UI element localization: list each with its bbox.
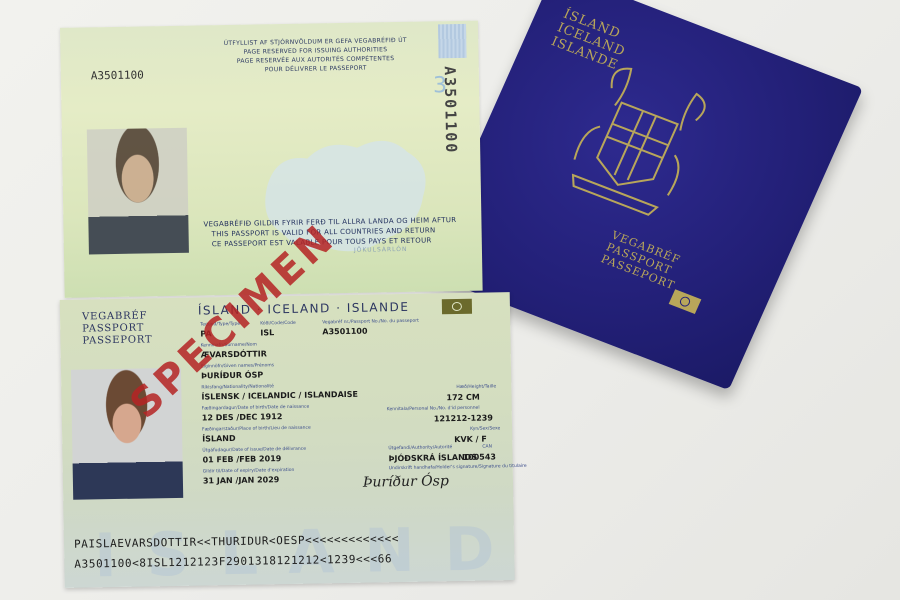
passport-no-value: A3501100 bbox=[322, 327, 367, 337]
issue-date-value: 01 FEB /FEB 2019 bbox=[202, 454, 281, 464]
issue-date-label: Útgáfudagur/Date of issue/Date de délivr… bbox=[202, 447, 306, 454]
dob-label: Fæðingardagur/Date of birth/Date de nais… bbox=[202, 405, 310, 412]
title-fr: PASSEPORT bbox=[82, 334, 152, 347]
nationality-label: Ríkisfang/Nationality/Nationalité bbox=[201, 384, 274, 390]
holder-signature: Þuríður Ósp bbox=[363, 473, 449, 490]
ghost-portrait bbox=[87, 128, 189, 255]
holographic-strip bbox=[438, 24, 467, 58]
can-value: 100543 bbox=[462, 452, 496, 462]
personal-no-value: 121212-1239 bbox=[434, 413, 493, 423]
passport-booklet: A3501100 ÚTFYLLIST AF STJÓRNVÖLDUM ER GE… bbox=[55, 20, 515, 588]
can-label: CAN bbox=[482, 444, 492, 449]
passport-no-label: Vegabréf nr./Passport No./No. du passepo… bbox=[322, 319, 419, 326]
dob-value: 12 DES /DEC 1912 bbox=[202, 412, 283, 422]
sex-label: Kyn/Sex/Sexe bbox=[470, 426, 500, 432]
reserved-text: ÚTFYLLIST AF STJÓRNVÖLDUM ER GEFA VEGABR… bbox=[200, 35, 431, 75]
biometric-chip-icon bbox=[669, 289, 702, 314]
pob-value: ÍSLAND bbox=[202, 434, 236, 444]
cover-title-text: VEGABRÉF PASSPORT PASSEPORT bbox=[599, 229, 688, 293]
biometric-chip-icon bbox=[442, 299, 472, 315]
map-label: JÖKULSÁRLÓN bbox=[354, 246, 408, 254]
coat-of-arms-icon bbox=[548, 54, 726, 229]
code-value: ISL bbox=[260, 328, 274, 337]
pob-label: Fæðingarstaður/Place of birth/Lieu de na… bbox=[202, 426, 311, 433]
data-page: VEGABRÉF PASSPORT PASSEPORT ÍSLAND · ICE… bbox=[60, 292, 515, 588]
document-number: A3501100 bbox=[91, 68, 144, 82]
sex-value: KVK / F bbox=[454, 435, 487, 445]
expiry-date-value: 31 JAN /JAN 2029 bbox=[203, 475, 280, 485]
height-value: 172 CM bbox=[446, 393, 479, 403]
expiry-date-label: Gildir til/Date of expiry/Date d'expirat… bbox=[203, 468, 295, 475]
data-page-title: VEGABRÉF PASSPORT PASSEPORT bbox=[82, 310, 153, 347]
machine-readable-zone: PAISLAEVARSDOTTIR<<THURIDUR<OESP<<<<<<<<… bbox=[74, 529, 400, 575]
perforated-number: A3501100 bbox=[441, 66, 461, 155]
personal-no-label: Kennitala/Personal No./No. d'id personne… bbox=[387, 406, 480, 413]
nationality-value: ÍSLENSK / ICELANDIC / ISLANDAISE bbox=[201, 390, 358, 402]
height-label: Hæð/Height/Taille bbox=[456, 384, 496, 390]
signature-label: Undirskrift handhafa/Holder's signature/… bbox=[389, 464, 527, 471]
authority-label: Útgefandi/Authority/Autorité bbox=[388, 445, 452, 451]
